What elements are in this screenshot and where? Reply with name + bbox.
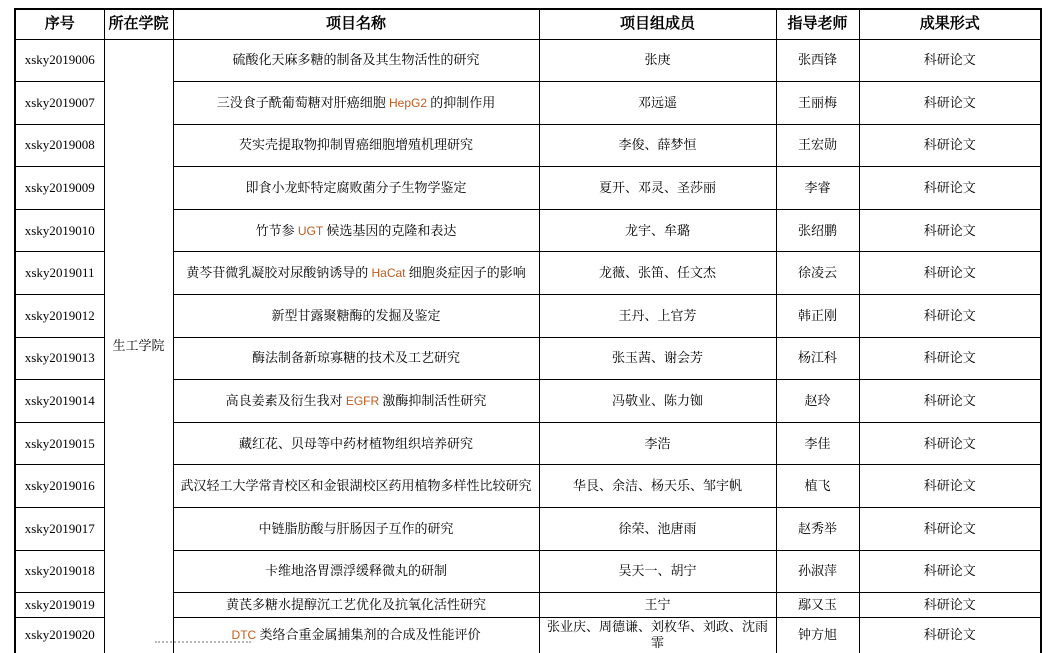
project-title-cell: 即食小龙虾特定腐败菌分子生物学鉴定 [173, 167, 539, 210]
project-id-cell: xsky2019009 [15, 167, 104, 210]
header-advisor: 指导老师 [776, 9, 859, 39]
advisor-cell: 鄢又玉 [776, 593, 859, 618]
project-title-cell: 硫酸化天麻多糖的制备及其生物活性的研究 [173, 39, 539, 82]
project-members-cell: 张玉茜、谢会芳 [539, 337, 776, 380]
project-title-cell: 藏红花、贝母等中药材植物组织培养研究 [173, 422, 539, 465]
project-members-cell: 龙薇、张笛、任文杰 [539, 252, 776, 295]
project-id-cell: xsky2019014 [15, 380, 104, 423]
project-title-cell: DTC 类络合重金属捕集剂的合成及性能评价 [173, 618, 539, 653]
project-id-cell: xsky2019019 [15, 593, 104, 618]
project-title-cell: 新型甘露聚糖酶的发掘及鉴定 [173, 295, 539, 338]
advisor-cell: 赵秀举 [776, 508, 859, 551]
project-title-cell: 黄芩苷微乳凝胶对尿酸钠诱导的 HaCat 细胞炎症因子的影响 [173, 252, 539, 295]
project-members-cell: 徐荣、池唐雨 [539, 508, 776, 551]
result-form-cell: 科研论文 [859, 550, 1041, 593]
project-members-cell: 邓远遥 [539, 82, 776, 125]
advisor-cell: 王宏勋 [776, 124, 859, 167]
project-members-cell: 张业庆、周德谦、刘枚华、刘政、沈雨霏 [539, 618, 776, 653]
project-members-cell: 华艮、余洁、杨天乐、邹宇帆 [539, 465, 776, 508]
project-members-cell: 张庚 [539, 39, 776, 82]
advisor-cell: 钟方旭 [776, 618, 859, 653]
project-members-cell: 李浩 [539, 422, 776, 465]
project-title-cell: 高良姜素及衍生我对 EGFR 激酶抑制活性研究 [173, 380, 539, 423]
result-form-cell: 科研论文 [859, 508, 1041, 551]
page-break-indicator [155, 641, 251, 643]
result-form-cell: 科研论文 [859, 82, 1041, 125]
header-serial: 序号 [15, 9, 104, 39]
project-id-cell: xsky2019006 [15, 39, 104, 82]
project-id-cell: xsky2019011 [15, 252, 104, 295]
project-members-cell: 龙宇、牟璐 [539, 209, 776, 252]
result-form-cell: 科研论文 [859, 337, 1041, 380]
project-title-cell: 芡实壳提取物抑制胃癌细胞增殖机理研究 [173, 124, 539, 167]
advisor-cell: 孙淑萍 [776, 550, 859, 593]
project-members-cell: 王宁 [539, 593, 776, 618]
project-id-cell: xsky2019016 [15, 465, 104, 508]
result-form-cell: 科研论文 [859, 593, 1041, 618]
advisor-cell: 赵玲 [776, 380, 859, 423]
result-form-cell: 科研论文 [859, 618, 1041, 653]
result-form-cell: 科研论文 [859, 167, 1041, 210]
latin-acronym: EGFR [346, 394, 379, 408]
header-college: 所在学院 [104, 9, 173, 39]
advisor-cell: 李佳 [776, 422, 859, 465]
college-cell: 生工学院 [104, 39, 173, 653]
result-form-cell: 科研论文 [859, 422, 1041, 465]
project-id-cell: xsky2019012 [15, 295, 104, 338]
project-members-cell: 李俊、薛梦恒 [539, 124, 776, 167]
project-members-cell: 冯敬业、陈力铷 [539, 380, 776, 423]
project-id-cell: xsky2019010 [15, 209, 104, 252]
project-members-cell: 夏开、邓灵、圣莎丽 [539, 167, 776, 210]
projects-table: 序号 所在学院 项目名称 项目组成员 指导老师 成果形式 xsky2019006… [14, 8, 1042, 653]
latin-acronym: HepG2 [389, 96, 427, 110]
project-title-cell: 竹节参 UGT 候选基因的克隆和表达 [173, 209, 539, 252]
result-form-cell: 科研论文 [859, 252, 1041, 295]
project-title-cell: 武汉轻工大学常青校区和金银湖校区药用植物多样性比较研究 [173, 465, 539, 508]
project-id-cell: xsky2019017 [15, 508, 104, 551]
result-form-cell: 科研论文 [859, 295, 1041, 338]
project-id-cell: xsky2019008 [15, 124, 104, 167]
project-title-cell: 卡维地洛胃漂浮缓释微丸的研制 [173, 550, 539, 593]
advisor-cell: 王丽梅 [776, 82, 859, 125]
project-id-cell: xsky2019015 [15, 422, 104, 465]
result-form-cell: 科研论文 [859, 124, 1041, 167]
advisor-cell: 杨江科 [776, 337, 859, 380]
advisor-cell: 张绍鹏 [776, 209, 859, 252]
result-form-cell: 科研论文 [859, 209, 1041, 252]
project-title-cell: 中链脂肪酸与肝肠因子互作的研究 [173, 508, 539, 551]
advisor-cell: 张西锋 [776, 39, 859, 82]
project-id-cell: xsky2019013 [15, 337, 104, 380]
project-title-cell: 酶法制备新琼寡糖的技术及工艺研究 [173, 337, 539, 380]
header-project-name: 项目名称 [173, 9, 539, 39]
project-title-cell: 黄芪多糖水提醇沉工艺优化及抗氧化活性研究 [173, 593, 539, 618]
table-row: xsky2019006 生工学院 硫酸化天麻多糖的制备及其生物活性的研究 张庚 … [15, 39, 1041, 82]
header-result-form: 成果形式 [859, 9, 1041, 39]
project-members-cell: 王丹、上官芳 [539, 295, 776, 338]
advisor-cell: 植飞 [776, 465, 859, 508]
project-id-cell: xsky2019007 [15, 82, 104, 125]
project-id-cell: xsky2019020 [15, 618, 104, 653]
result-form-cell: 科研论文 [859, 465, 1041, 508]
advisor-cell: 徐凌云 [776, 252, 859, 295]
result-form-cell: 科研论文 [859, 380, 1041, 423]
project-members-cell: 吴天一、胡宁 [539, 550, 776, 593]
header-members: 项目组成员 [539, 9, 776, 39]
advisor-cell: 李睿 [776, 167, 859, 210]
latin-acronym: HaCat [371, 266, 405, 280]
latin-acronym: UGT [298, 224, 323, 238]
spreadsheet-page: 序号 所在学院 项目名称 项目组成员 指导老师 成果形式 xsky2019006… [0, 0, 1053, 653]
header-row: 序号 所在学院 项目名称 项目组成员 指导老师 成果形式 [15, 9, 1041, 39]
result-form-cell: 科研论文 [859, 39, 1041, 82]
project-id-cell: xsky2019018 [15, 550, 104, 593]
advisor-cell: 韩正刚 [776, 295, 859, 338]
project-title-cell: 三没食子酰葡萄糖对肝癌细胞 HepG2 的抑制作用 [173, 82, 539, 125]
